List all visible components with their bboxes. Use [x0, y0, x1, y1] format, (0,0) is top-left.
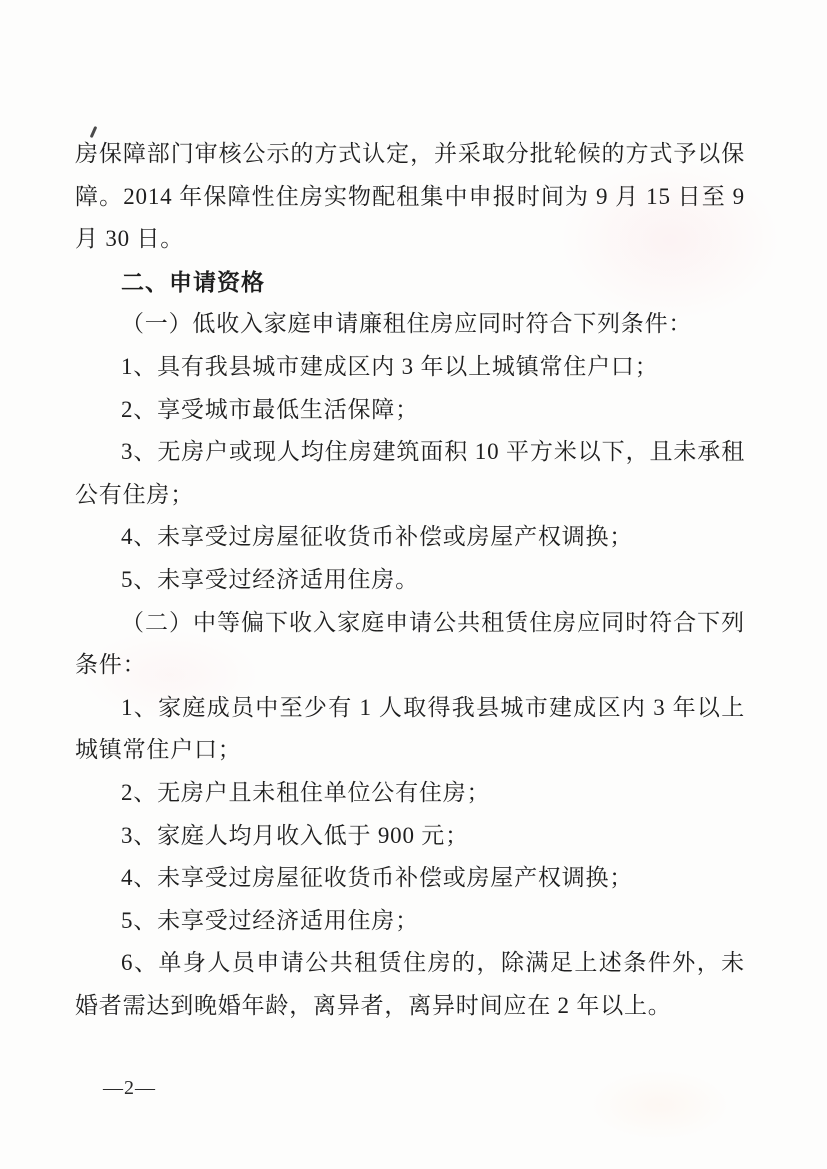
list-item: 5、未享受过经济适用住房。: [75, 559, 745, 602]
list-item: 3、无房户或现人均住房建筑面积 10 平方米以下，且未承租公有住房；: [75, 431, 745, 516]
list-item: 4、未享受过房屋征收货币补偿或房屋产权调换；: [75, 516, 745, 559]
list-item: 3、家庭人均月收入低于 900 元；: [75, 815, 745, 858]
list-item: 4、未享受过房屋征收货币补偿或房屋产权调换；: [75, 857, 745, 900]
scanned-document-page: 房保障部门审核公示的方式认定，并采取分批轮候的方式予以保障。2014 年保障性住…: [0, 0, 827, 1169]
section-heading: 二、申请资格: [75, 261, 745, 304]
intro-paragraph: 房保障部门审核公示的方式认定，并采取分批轮候的方式予以保障。2014 年保障性住…: [75, 133, 745, 261]
page-number: —2—: [103, 1077, 156, 1100]
subsection-2-heading: （二）中等偏下收入家庭申请公共租赁住房应同时符合下列条件：: [75, 602, 745, 687]
list-item: 5、未享受过经济适用住房；: [75, 900, 745, 943]
list-item: 1、具有我县城市建成区内 3 年以上城镇常住户口；: [75, 346, 745, 389]
scan-smudge: [590, 1070, 730, 1140]
list-item: 1、家庭成员中至少有 1 人取得我县城市建成区内 3 年以上城镇常住户口；: [75, 687, 745, 772]
subsection-1-heading: （一）低收入家庭申请廉租住房应同时符合下列条件：: [75, 303, 745, 346]
list-item: 2、无房户且未租住单位公有住房；: [75, 772, 745, 815]
list-item: 6、单身人员申请公共租赁住房的，除满足上述条件外，未婚者需达到晚婚年龄，离异者，…: [75, 942, 745, 1027]
document-body: 房保障部门审核公示的方式认定，并采取分批轮候的方式予以保障。2014 年保障性住…: [75, 133, 745, 1027]
list-item: 2、享受城市最低生活保障；: [75, 389, 745, 432]
